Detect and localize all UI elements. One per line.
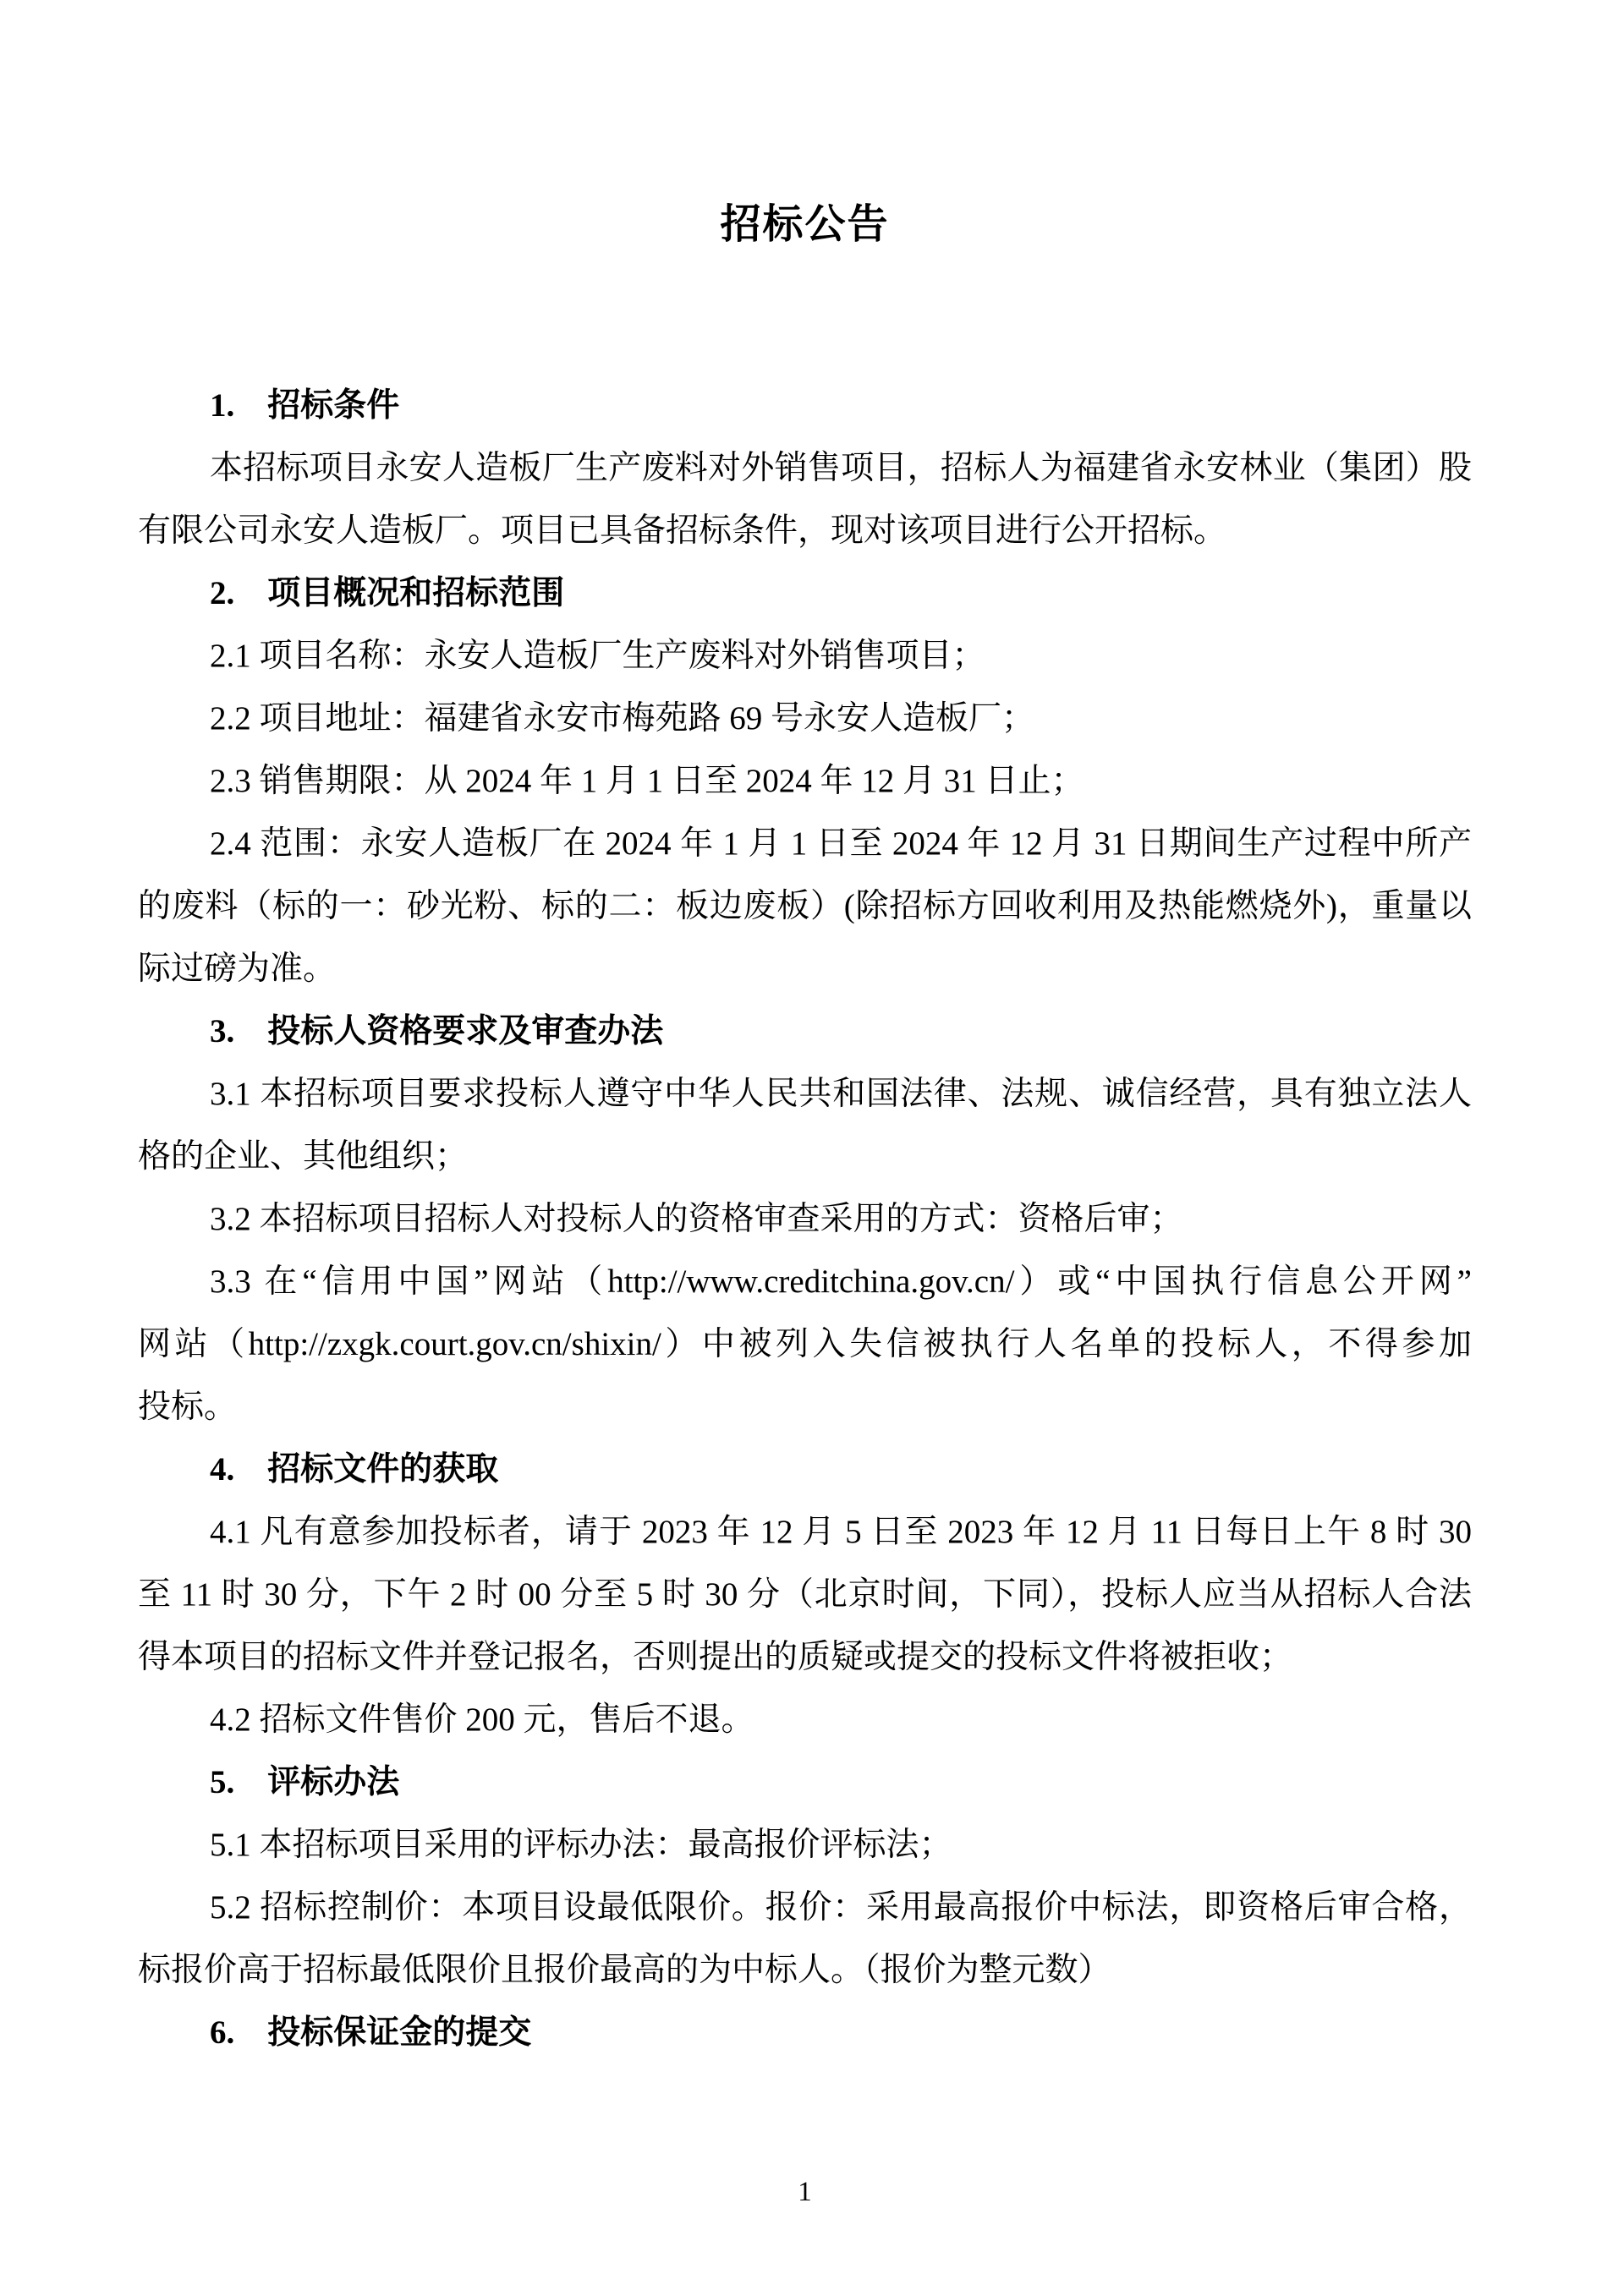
text-line: 本招标项目永安人造板厂生产废料对外销售项目，招标人为福建省永安林业（集团）股份 xyxy=(138,437,1472,500)
text-line: 4.1 凡有意参加投标者，请于 2023 年 12 月 5 日至 2023 年 … xyxy=(138,1501,1472,1564)
text-line: 2.3 销售期限：从 2024 年 1 月 1 日至 2024 年 12 月 3… xyxy=(138,750,1472,813)
text-line: 格的企业、其他组织； xyxy=(138,1126,1472,1188)
text-line: 5.1 本招标项目采用的评标办法：最高报价评标法； xyxy=(138,1814,1472,1877)
document-body: 1. 招标条件本招标项目永安人造板厂生产废料对外销售项目，招标人为福建省永安林业… xyxy=(138,375,1472,2064)
section-heading: 5. 评标办法 xyxy=(138,1751,1472,1814)
text-line: 2.2 项目地址：福建省永安市梅苑路 69 号永安人造板厂； xyxy=(138,688,1472,750)
text-line: 3.2 本招标项目招标人对投标人的资格审查采用的方式：资格后审； xyxy=(138,1188,1472,1251)
text-line: 至 11 时 30 分，下午 2 时 00 分至 5 时 30 分（北京时间，下… xyxy=(138,1564,1472,1626)
text-line: 得本项目的招标文件并登记报名，否则提出的质疑或提交的投标文件将被拒收； xyxy=(138,1626,1472,1689)
text-line: 标报价高于招标最低限价且报价最高的为中标人。（报价为整元数） xyxy=(138,1939,1472,2002)
text-line: 2.4 范围：永安人造板厂在 2024 年 1 月 1 日至 2024 年 12… xyxy=(138,813,1472,875)
section-heading: 3. 投标人资格要求及审查办法 xyxy=(138,1000,1472,1063)
text-line: 有限公司永安人造板厂。项目已具备招标条件，现对该项目进行公开招标。 xyxy=(138,500,1472,562)
document-page: 招标公告 1. 招标条件本招标项目永安人造板厂生产废料对外销售项目，招标人为福建… xyxy=(0,0,1624,2296)
text-line: 5.2 招标控制价：本项目设最低限价。报价：采用最高报价中标法，即资格后审合格，… xyxy=(138,1877,1472,1939)
text-line: 2.1 项目名称：永安人造板厂生产废料对外销售项目； xyxy=(138,625,1472,688)
text-line: 网站（http://zxgk.court.gov.cn/shixin/）中被列入… xyxy=(138,1313,1472,1376)
section-heading: 4. 招标文件的获取 xyxy=(138,1438,1472,1501)
text-line: 的废料（标的一：砂光粉、标的二：板边废板）(除招标方回收利用及热能燃烧外)，重量… xyxy=(138,875,1472,938)
section-heading: 6. 投标保证金的提交 xyxy=(138,2002,1472,2064)
text-line: 际过磅为准。 xyxy=(138,938,1472,1000)
section-heading: 1. 招标条件 xyxy=(138,375,1472,437)
section-heading: 2. 项目概况和招标范围 xyxy=(138,562,1472,625)
page-title: 招标公告 xyxy=(138,191,1472,259)
text-line: 3.3 在“信用中国”网站（http://www.creditchina.gov… xyxy=(138,1251,1472,1313)
text-line: 投标。 xyxy=(138,1376,1472,1438)
page-number: 1 xyxy=(138,2167,1472,2217)
text-line: 4.2 招标文件售价 200 元，售后不退。 xyxy=(138,1689,1472,1751)
text-line: 3.1 本招标项目要求投标人遵守中华人民共和国法律、法规、诚信经营，具有独立法人… xyxy=(138,1063,1472,1126)
